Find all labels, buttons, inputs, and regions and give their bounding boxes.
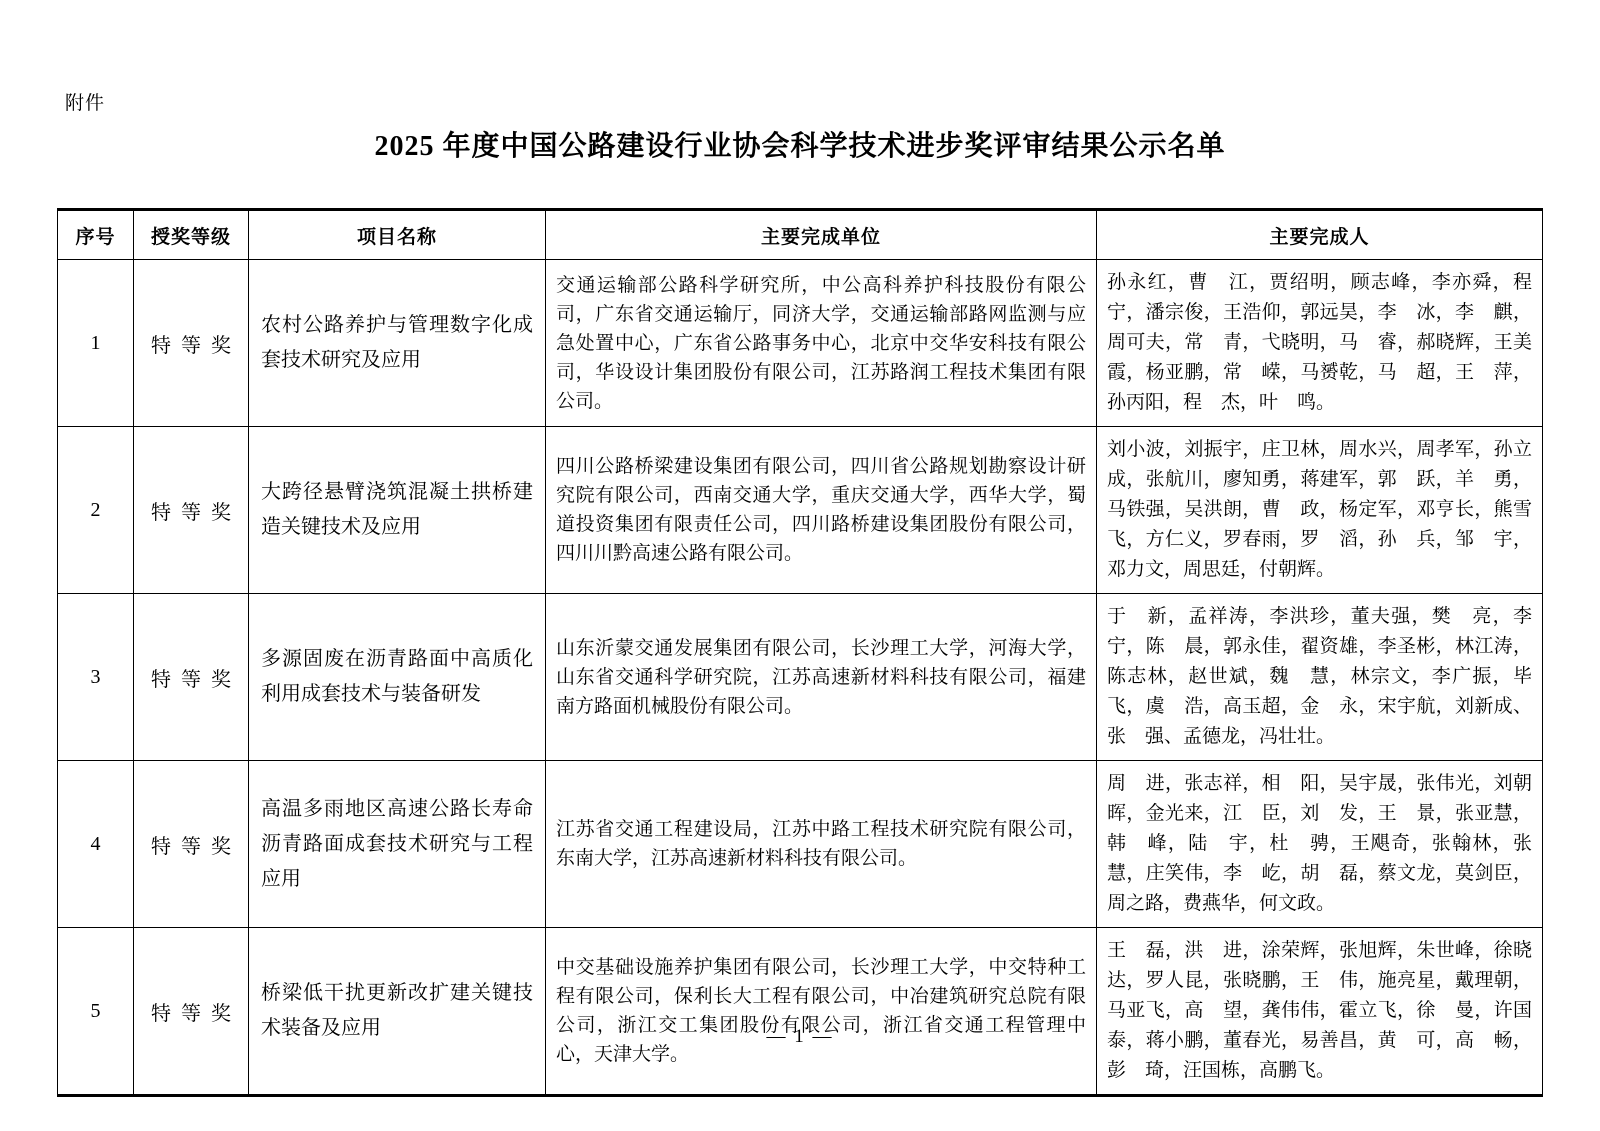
serial-number: 2 bbox=[58, 427, 134, 594]
header-project-name: 项目名称 bbox=[249, 210, 546, 260]
main-people: 孙永红，曹 江，贾绍明，顾志峰，李亦舜，程 宁，潘宗俊，王浩仰，郭远昊，李 冰，… bbox=[1097, 260, 1543, 427]
project-name: 桥梁低干扰更新改扩建关键技术装备及应用 bbox=[249, 928, 546, 1096]
serial-number: 1 bbox=[58, 260, 134, 427]
project-name: 大跨径悬臂浇筑混凝土拱桥建造关键技术及应用 bbox=[249, 427, 546, 594]
header-main-people: 主要完成人 bbox=[1097, 210, 1543, 260]
main-people: 王 磊，洪 进，涂荣辉，张旭辉，朱世峰，徐晓达，罗人昆，张晓鹏，王 伟，施亮星，… bbox=[1097, 928, 1543, 1096]
main-people: 周 进，张志祥，相 阳，吴宇晟，张伟光，刘朝晖，金光来，江 臣，刘 发，王 景，… bbox=[1097, 761, 1543, 928]
page-number: — 1 — bbox=[0, 1026, 1600, 1048]
project-name: 高温多雨地区高速公路长寿命沥青路面成套技术研究与工程应用 bbox=[249, 761, 546, 928]
main-units: 四川公路桥梁建设集团有限公司，四川省公路规划勘察设计研究院有限公司，西南交通大学… bbox=[546, 427, 1097, 594]
award-level: 特等奖 bbox=[134, 928, 249, 1096]
table-row: 4 特等奖 高温多雨地区高速公路长寿命沥青路面成套技术研究与工程应用 江苏省交通… bbox=[58, 761, 1543, 928]
award-level: 特等奖 bbox=[134, 260, 249, 427]
header-main-units: 主要完成单位 bbox=[546, 210, 1097, 260]
serial-number: 3 bbox=[58, 594, 134, 761]
serial-number: 4 bbox=[58, 761, 134, 928]
header-serial-number: 序号 bbox=[58, 210, 134, 260]
table-row: 5 特等奖 桥梁低干扰更新改扩建关键技术装备及应用 中交基础设施养护集团有限公司… bbox=[58, 928, 1543, 1096]
main-units: 江苏省交通工程建设局，江苏中路工程技术研究院有限公司，东南大学，江苏高速新材料科… bbox=[546, 761, 1097, 928]
main-people: 刘小波，刘振宇，庄卫林，周水兴，周孝军，孙立成，张航川，廖知勇，蒋建军，郭 跃，… bbox=[1097, 427, 1543, 594]
project-name: 农村公路养护与管理数字化成套技术研究及应用 bbox=[249, 260, 546, 427]
document-page: 附件 2025 年度中国公路建设行业协会科学技术进步奖评审结果公示名单 序号 授… bbox=[0, 0, 1600, 1131]
table-row: 2 特等奖 大跨径悬臂浇筑混凝土拱桥建造关键技术及应用 四川公路桥梁建设集团有限… bbox=[58, 427, 1543, 594]
main-units: 中交基础设施养护集团有限公司，长沙理工大学，中交特种工程有限公司，保利长大工程有… bbox=[546, 928, 1097, 1096]
attachment-label: 附件 bbox=[65, 88, 105, 115]
serial-number: 5 bbox=[58, 928, 134, 1096]
award-results-table: 序号 授奖等级 项目名称 主要完成单位 主要完成人 1 特等奖 农村公路养护与管… bbox=[57, 208, 1543, 1097]
header-award-level: 授奖等级 bbox=[134, 210, 249, 260]
project-name: 多源固废在沥青路面中高质化利用成套技术与装备研发 bbox=[249, 594, 546, 761]
award-level: 特等奖 bbox=[134, 761, 249, 928]
award-level: 特等奖 bbox=[134, 594, 249, 761]
main-units: 山东沂蒙交通发展集团有限公司，长沙理工大学，河海大学，山东省交通科学研究院，江苏… bbox=[546, 594, 1097, 761]
main-units: 交通运输部公路科学研究所，中公高科养护科技股份有限公司，广东省交通运输厅，同济大… bbox=[546, 260, 1097, 427]
main-people: 于 新，孟祥涛，李洪珍，董夫强，樊 亮，李 宁，陈 晨，郭永佳，翟资雄，李圣彬，… bbox=[1097, 594, 1543, 761]
award-level: 特等奖 bbox=[134, 427, 249, 594]
page-title: 2025 年度中国公路建设行业协会科学技术进步奖评审结果公示名单 bbox=[0, 124, 1600, 164]
table-row: 3 特等奖 多源固废在沥青路面中高质化利用成套技术与装备研发 山东沂蒙交通发展集… bbox=[58, 594, 1543, 761]
table-header-row: 序号 授奖等级 项目名称 主要完成单位 主要完成人 bbox=[58, 210, 1543, 260]
table-row: 1 特等奖 农村公路养护与管理数字化成套技术研究及应用 交通运输部公路科学研究所… bbox=[58, 260, 1543, 427]
